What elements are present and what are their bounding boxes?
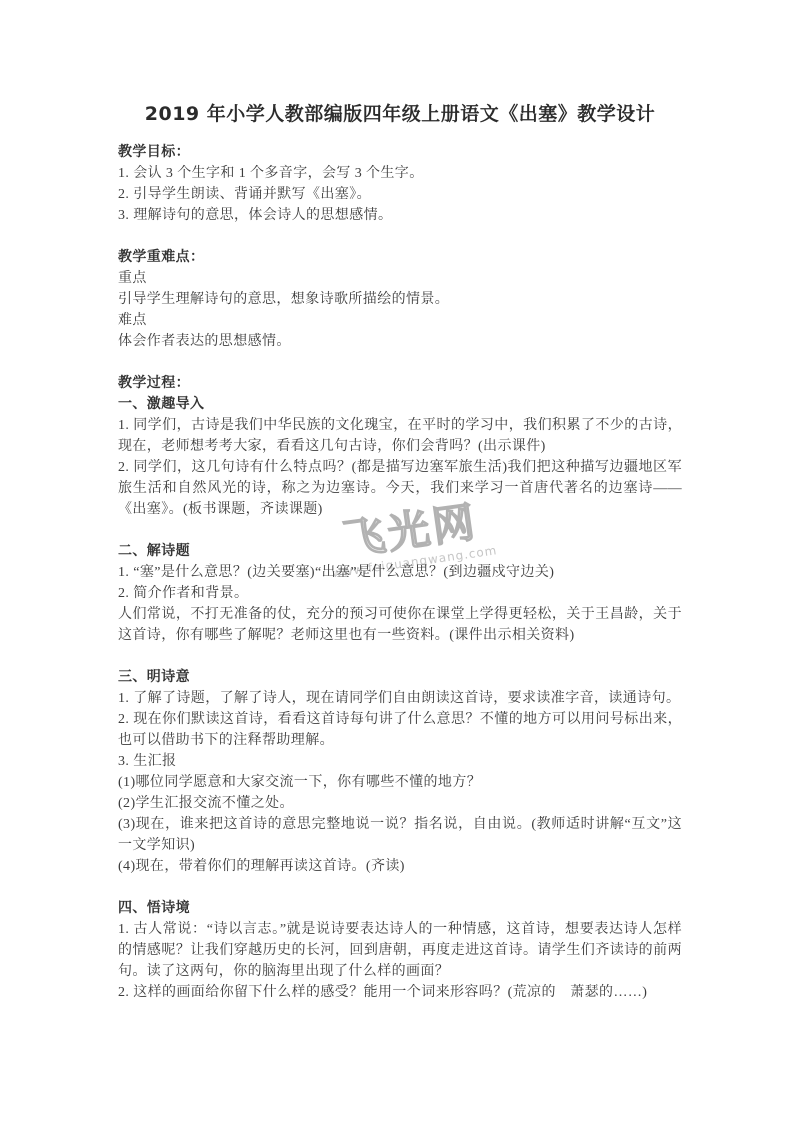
section-explain-title: 二、解诗题 1. “塞”是什么意思？(边关要塞)“出塞”是什么意思？(到边疆戍守… [118, 541, 682, 646]
paragraph: (2)学生汇报交流不懂之处。 [118, 793, 682, 814]
document-title: 2019 年小学人教部编版四年级上册语文《出塞》教学设计 [118, 101, 682, 128]
section-heading: 三、明诗意 [118, 667, 682, 688]
paragraph: 2. 这样的画面给你留下什么样的感受？能用一个词来形容吗？(荒凉的 萧瑟的……) [118, 982, 682, 1003]
paragraph: (4)现在，带着你们的理解再读这首诗。(齐读) [118, 856, 682, 877]
paragraph: 1. 古人常说：“诗以言志。”就是说诗要表达诗人的一种情感，这首诗，想要表达诗人… [118, 919, 682, 982]
section-feel-artistic-conception: 四、悟诗境 1. 古人常说：“诗以言志。”就是说诗要表达诗人的一种情感，这首诗，… [118, 898, 682, 1003]
paragraph: 1. “塞”是什么意思？(边关要塞)“出塞”是什么意思？(到边疆戍守边关) [118, 562, 682, 583]
paragraph: 3. 生汇报 [118, 751, 682, 772]
section-heading: 教学过程： [118, 373, 682, 394]
paragraph: 2. 同学们，这几句诗有什么特点吗？(都是描写边塞军旅生活)我们把这种描写边疆地… [118, 457, 682, 520]
paragraph: 1. 了解了诗题，了解了诗人，现在请同学们自由朗读这首诗，要求读准字音，读通诗句… [118, 688, 682, 709]
section-heading: 教学目标： [118, 142, 682, 163]
document-page: 飞光网 www.feiguangwang.com 2019 年小学人教部编版四年… [0, 0, 793, 1122]
paragraph: 引导学生理解诗句的意思，想象诗歌所描绘的情景。 [118, 289, 682, 310]
paragraph: 难点 [118, 310, 682, 331]
paragraph: 2. 引导学生朗读、背诵并默写《出塞》。 [118, 184, 682, 205]
page-background: { "document": { "title": "2019 年小学人教部编版四… [0, 0, 793, 1122]
section-teaching-process-intro: 教学过程： 一、激趣导入 1. 同学们，古诗是我们中华民族的文化瑰宝，在平时的学… [118, 373, 682, 520]
section-heading: 二、解诗题 [118, 541, 682, 562]
section-heading: 教学重难点： [118, 247, 682, 268]
document-content: 2019 年小学人教部编版四年级上册语文《出塞》教学设计 教学目标： 1. 会认… [118, 101, 682, 1003]
paragraph: 2. 简介作者和背景。 [118, 583, 682, 604]
section-key-points: 教学重难点： 重点 引导学生理解诗句的意思，想象诗歌所描绘的情景。 难点 体会作… [118, 247, 682, 352]
section-subheading: 一、激趣导入 [118, 394, 682, 415]
paragraph: 2. 现在你们默读这首诗，看看这首诗每句讲了什么意思？不懂的地方可以用问号标出来… [118, 709, 682, 751]
paragraph: (3)现在，谁来把这首诗的意思完整地说一说？指名说，自由说。(教师适时讲解“互文… [118, 814, 682, 856]
paragraph: 1. 同学们，古诗是我们中华民族的文化瑰宝，在平时的学习中，我们积累了不少的古诗… [118, 415, 682, 457]
section-understand-meaning: 三、明诗意 1. 了解了诗题，了解了诗人，现在请同学们自由朗读这首诗，要求读准字… [118, 667, 682, 877]
section-heading: 四、悟诗境 [118, 898, 682, 919]
paragraph: 人们常说，不打无准备的仗，充分的预习可使你在课堂上学得更轻松，关于王昌龄，关于这… [118, 604, 682, 646]
paragraph: 3. 理解诗句的意思，体会诗人的思想感情。 [118, 205, 682, 226]
paragraph: 体会作者表达的思想感情。 [118, 331, 682, 352]
paragraph: (1)哪位同学愿意和大家交流一下，你有哪些不懂的地方？ [118, 772, 682, 793]
section-teaching-goals: 教学目标： 1. 会认 3 个生字和 1 个多音字，会写 3 个生字。 2. 引… [118, 142, 682, 226]
paragraph: 1. 会认 3 个生字和 1 个多音字，会写 3 个生字。 [118, 163, 682, 184]
paragraph: 重点 [118, 268, 682, 289]
